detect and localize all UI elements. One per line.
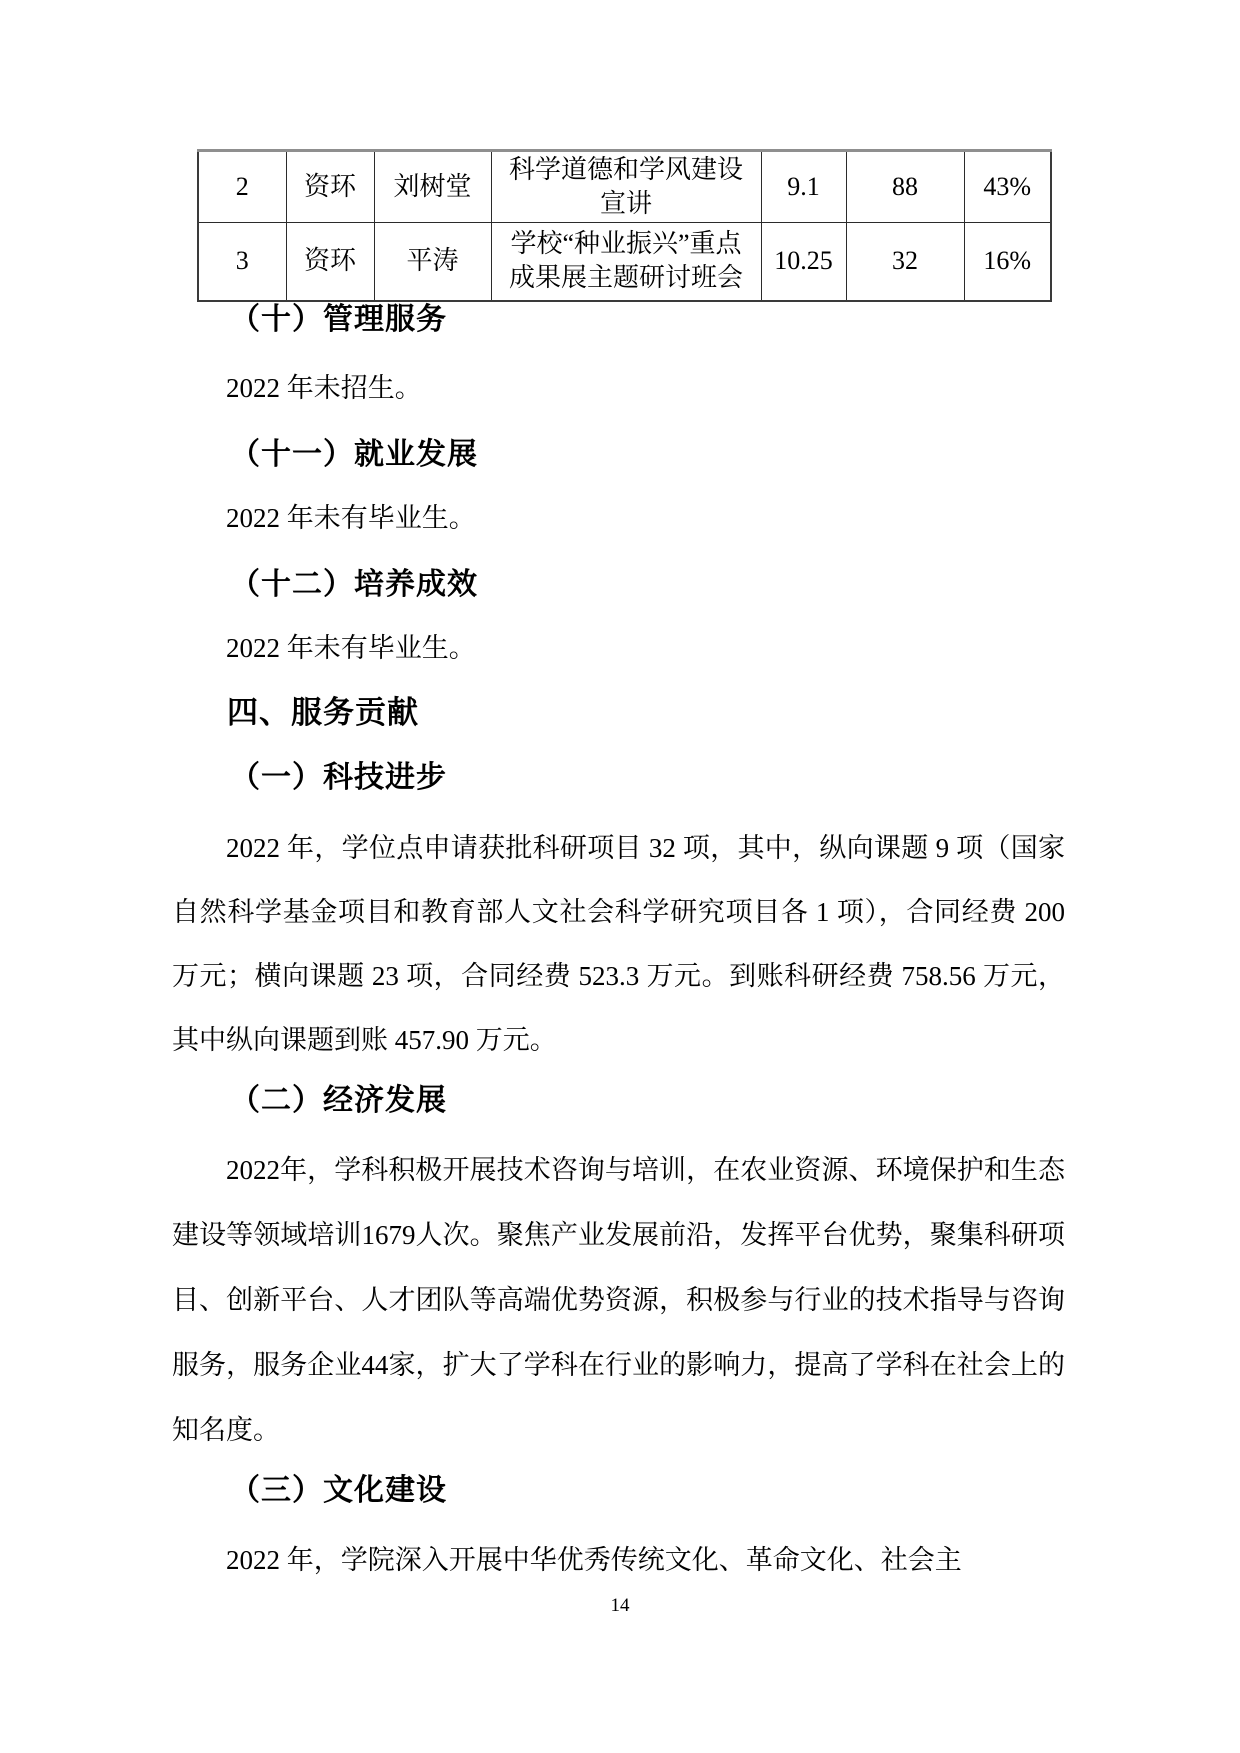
section-heading-4-1: （一）科技进步 <box>172 758 447 798</box>
cell-date: 9.1 <box>761 151 846 223</box>
cell-attendees: 88 <box>846 151 964 223</box>
section-body-4-1: 2022 年，学位点申请获批科研项目 32 项，其中，纵向课题 9 项（国家自然… <box>172 816 1065 1072</box>
section-heading-4-3: （三）文化建设 <box>172 1471 447 1511</box>
cell-attendees: 32 <box>846 223 964 301</box>
cell-activity: 科学道德和学风建设宣讲 <box>491 151 761 223</box>
chapter-heading-4: 四、服务贡献 <box>172 692 419 734</box>
section-body-12: 2022 年未有毕业生。 <box>172 628 1065 668</box>
cell-teacher: 刘树堂 <box>374 151 491 223</box>
cell-rate: 43% <box>964 151 1051 223</box>
table-row: 3 资环 平涛 学校“种业振兴”重点成果展主题研讨班会 10.25 32 16% <box>198 223 1051 301</box>
section-body-4-2: 2022年，学科积极开展技术咨询与培训，在农业资源、环境保护和生态建设等领域培训… <box>172 1138 1065 1463</box>
document-page: 2 资环 刘树堂 科学道德和学风建设宣讲 9.1 88 43% 3 资环 平涛 … <box>0 0 1240 1753</box>
table-row: 2 资环 刘树堂 科学道德和学风建设宣讲 9.1 88 43% <box>198 151 1051 223</box>
section-body-11: 2022 年未有毕业生。 <box>172 498 1065 538</box>
section-heading-4-2: （二）经济发展 <box>172 1081 447 1121</box>
section-heading-11: （十一）就业发展 <box>172 435 478 475</box>
cell-no: 2 <box>198 151 286 223</box>
cell-dept: 资环 <box>286 151 374 223</box>
section-heading-12: （十二）培养成效 <box>172 565 478 605</box>
cell-no: 3 <box>198 223 286 301</box>
activities-table: 2 资环 刘树堂 科学道德和学风建设宣讲 9.1 88 43% 3 资环 平涛 … <box>197 149 1052 302</box>
section-body-4-3: 2022 年，学院深入开展中华优秀传统文化、革命文化、社会主 <box>172 1528 1065 1593</box>
cell-rate: 16% <box>964 223 1051 301</box>
cell-dept: 资环 <box>286 223 374 301</box>
section-body-10: 2022 年未招生。 <box>172 368 1065 408</box>
page-number: 14 <box>0 1594 1240 1618</box>
cell-date: 10.25 <box>761 223 846 301</box>
cell-teacher: 平涛 <box>374 223 491 301</box>
section-heading-10: （十）管理服务 <box>172 300 447 340</box>
cell-activity: 学校“种业振兴”重点成果展主题研讨班会 <box>491 223 761 301</box>
